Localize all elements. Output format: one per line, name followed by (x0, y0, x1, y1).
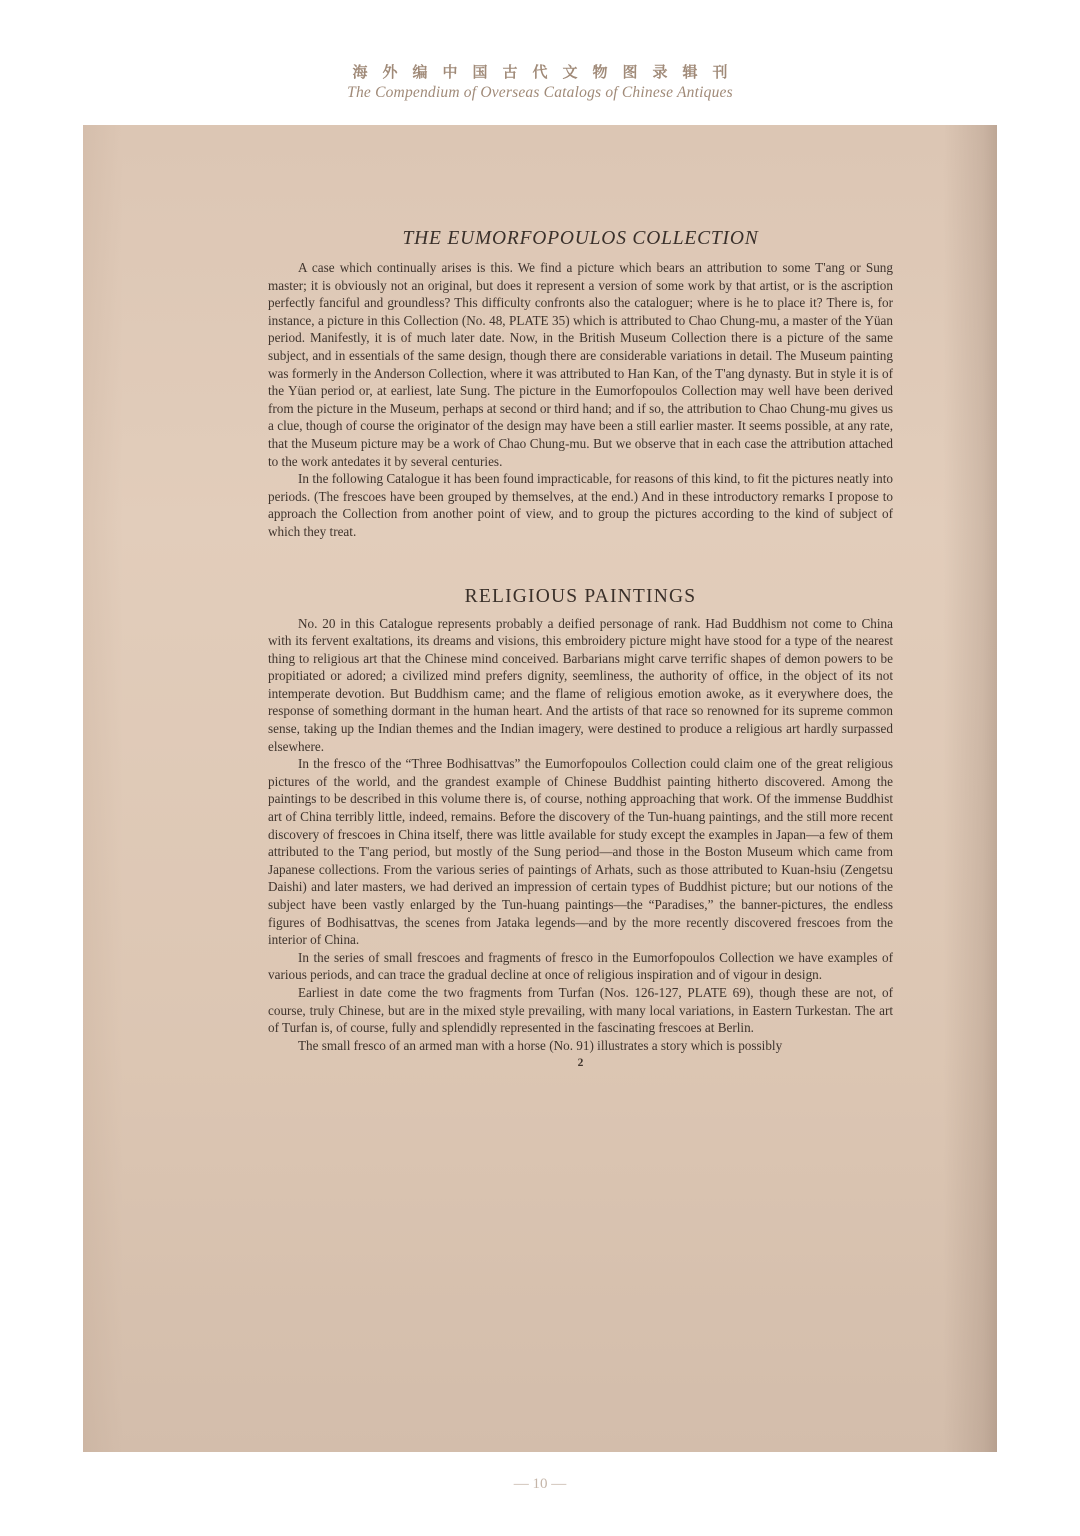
text-column: THE EUMORFOPOULOS COLLECTION A case whic… (268, 225, 893, 1073)
page-number: — 10 — (0, 1476, 1080, 1493)
paragraph: The small fresco of an armed man with a … (268, 1037, 893, 1055)
series-english-title: The Compendium of Overseas Catalogs of C… (0, 84, 1080, 102)
series-chinese-title: 海外编中国古代文物图录辑刊 (0, 62, 1080, 84)
printed-folio-number: 2 (268, 1055, 893, 1073)
paragraph: In the following Catalogue it has been f… (268, 470, 893, 540)
paragraph: Earliest in date come the two fragments … (268, 984, 893, 1037)
paragraph: In the series of small frescoes and frag… (268, 949, 893, 984)
paragraph: In the fresco of the “Three Bodhisattvas… (268, 755, 893, 949)
series-header: 海外编中国古代文物图录辑刊 The Compendium of Overseas… (0, 62, 1080, 102)
section-title-religious-paintings: RELIGIOUS PAINTINGS (268, 585, 893, 609)
scanned-page: THE EUMORFOPOULOS COLLECTION A case whic… (83, 125, 997, 1452)
paragraph: A case which continually arises is this.… (268, 259, 893, 470)
paragraph: No. 20 in this Catalogue represents prob… (268, 615, 893, 756)
section-title-collection: THE EUMORFOPOULOS COLLECTION (268, 227, 893, 251)
